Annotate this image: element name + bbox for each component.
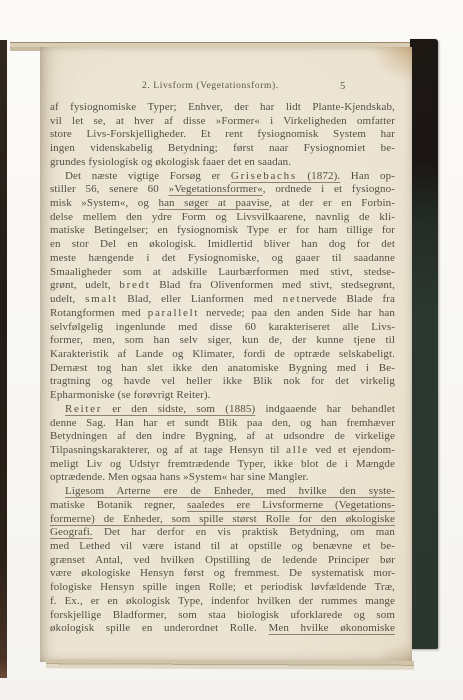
text-line: forskjellige Bladformer, som staa biolog… xyxy=(50,609,395,623)
text-line: Smaaligheder som at adskille Laurbærform… xyxy=(50,266,395,280)
body-text: grønt, udelt, xyxy=(50,279,119,291)
body-text: udelt, xyxy=(50,293,85,305)
text-line: matiske Botanik regner, saaledes ere Liv… xyxy=(50,499,395,513)
page-bottom-edge xyxy=(46,659,414,670)
body-text: bredt xyxy=(119,279,150,291)
text-line: Ligesom Arterne ere de Enheder, med hvil… xyxy=(50,485,395,499)
body-text: delse mellem den ydre Form og Livsvilkaa… xyxy=(50,211,395,223)
body-text: Karakteristik af Lande og Klimater, ford… xyxy=(50,348,395,360)
body-text: Det næste vigtige Forsøg er xyxy=(65,170,231,182)
text-line: Betydningen af den indre Bygning, af at … xyxy=(50,430,395,444)
text-line: stiller 56, senere 60 »Vegetationsformer… xyxy=(50,183,395,197)
body-text: stiller 56, senere 60 xyxy=(50,183,169,195)
body-text: Han op- xyxy=(340,170,395,182)
section-title: 2. Livsform (Vegetationsform). xyxy=(142,81,279,91)
text-line: af fysiognomiske Typer; Enhver, der har … xyxy=(50,101,395,115)
text-line: være økologiske Hensyn først og fremmest… xyxy=(50,567,395,581)
text-line: grundes fysiologisk og økologisk faaer d… xyxy=(50,156,395,170)
body-text: former, men, som han selv siger, kun de,… xyxy=(50,334,395,346)
body-text: meste hængende i det Fysiognomiske, og g… xyxy=(50,252,395,264)
body-text: ved et ejendom- xyxy=(309,444,395,456)
body-text: Blad, eller Lianformen med xyxy=(117,293,282,305)
body-text: ingen videnskabelig Betydning; først naa… xyxy=(50,142,395,154)
body-text: Betydningen af den indre Bygning, af at … xyxy=(50,430,395,442)
page-fore-edges xyxy=(6,45,42,667)
body-text: Dernæst tog han slet ikke den anatomiske… xyxy=(50,362,395,374)
photo-backdrop: 2. Livsform (Vegetationsform). 5 af fysi… xyxy=(0,0,463,700)
running-head: 2. Livsform (Vegetationsform). 5 xyxy=(40,81,412,95)
body-text: misk »System«, og xyxy=(50,197,158,209)
body-text: nervede Blade fra xyxy=(301,293,395,305)
body-text: parallelt xyxy=(148,307,199,319)
text-line: matiske Betingelser; en fysiognomisk Typ… xyxy=(50,224,395,238)
body-text: smalt xyxy=(85,293,117,305)
body-text: Smaaligheder som at adskille Laurbærform… xyxy=(50,266,395,278)
text-line: grønt, udelt, bredt Blad fra Olivenforme… xyxy=(50,279,395,293)
text-line: meligt Liv og Udstyr fremtrædende Typer,… xyxy=(50,458,395,472)
body-text: optrædende. Men ogsaa hans »System« har … xyxy=(50,471,309,483)
body-text: nervede; paa den anden Side har han xyxy=(199,307,395,319)
text-line: Dernæst tog han slet ikke den anatomiske… xyxy=(50,362,395,376)
body-text: grundes fysiologisk og økologisk faaer d… xyxy=(50,156,291,168)
text-line: fologiske Hensyn spille ingen Rolle; et … xyxy=(50,581,395,595)
pencil-underlined-text: Reiter xyxy=(65,403,102,415)
pencil-underlined-text: Ligesom Arterne ere de Enheder, med hvil… xyxy=(65,485,395,497)
body-text: alle xyxy=(286,444,309,456)
body-text: Blad fra Olivenformen med stivt, stedseg… xyxy=(150,279,395,291)
text-line: udelt, smalt Blad, eller Lianformen med … xyxy=(50,293,395,307)
body-text: store Livs-Forskjelligheder. Et rent fys… xyxy=(50,128,395,140)
pencil-underlined-text: Geografi. xyxy=(50,526,93,538)
text-line: Geografi. Det har derfor en vis praktisk… xyxy=(50,526,395,540)
body-text: med Lethed vil være istand til at opstil… xyxy=(50,540,395,552)
body-text: selvfølgelig ingenlunde med disse 60 kar… xyxy=(50,321,395,333)
text-line: Det næste vigtige Forsøg er Grisebachs (… xyxy=(50,170,395,184)
text-line: optrædende. Men ogsaa hans »System« har … xyxy=(50,471,395,485)
text-line: former, men, som han selv siger, kun de,… xyxy=(50,334,395,348)
body-text: Epharmoniske (se forøvrigt Reiter). xyxy=(50,389,211,401)
text-line: meste hængende i det Fysiognomiske, og g… xyxy=(50,252,395,266)
pencil-underlined-text: (1872). xyxy=(297,170,340,182)
body-text: net xyxy=(283,293,302,305)
pencil-underlined-text: »Vegetationsformer« xyxy=(169,183,263,195)
body-text: matiske Botanik regner, xyxy=(50,499,187,511)
body-text: grænset Antal, ved hvilken Opstilling de… xyxy=(50,554,395,566)
text-line: misk »System«, og han søger at paavise, … xyxy=(50,197,395,211)
book-cover-board xyxy=(410,39,438,649)
text-line: formerne) de Enheder, som spille størst … xyxy=(50,513,395,527)
body-text: forskjellige Bladformer, som staa biolog… xyxy=(50,609,395,621)
text-line: ingen videnskabelig Betydning; først naa… xyxy=(50,142,395,156)
text-line: Rotangformen med parallelt nervede; paa … xyxy=(50,307,395,321)
pencil-underlined-text: saaledes ere Livsformerne (Vegetations- xyxy=(187,499,395,511)
text-line: denne Sag. Han har et sundt Blik paa den… xyxy=(50,417,395,431)
text-line: tragtning og havde vel heller ikke Blik … xyxy=(50,375,395,389)
body-text: meligt Liv og Udstyr fremtrædende Typer,… xyxy=(50,458,395,470)
foxing-stain xyxy=(352,632,412,662)
body-text: økologisk spille en underordnet Rolle. xyxy=(50,622,269,634)
page-text: af fysiognomiske Typer; Enhver, der har … xyxy=(50,101,395,636)
text-line: økologisk spille en underordnet Rolle. M… xyxy=(50,622,395,636)
pencil-underlined-text: er den sidste, som (1885) xyxy=(102,403,255,415)
body-text: , ordnede i et fysiogno- xyxy=(263,183,395,195)
body-text: af fysiognomiske Typer; Enhver, der har … xyxy=(50,101,395,113)
text-line: f. Ex., er en økologisk Type, indenfor h… xyxy=(50,595,395,609)
body-text: , at der er en Forbin- xyxy=(269,197,395,209)
pencil-underlined-text: han søger at paavise xyxy=(158,197,269,209)
page-number: 5 xyxy=(340,81,346,92)
pencil-underlined-text: formerne) de Enheder, som spille størst … xyxy=(50,513,395,525)
text-line: Epharmoniske (se forøvrigt Reiter). xyxy=(50,389,395,403)
text-line: delse mellem den ydre Form og Livsvilkaa… xyxy=(50,211,395,225)
pencil-underlined-text: Grisebachs xyxy=(231,170,297,182)
body-text: være økologiske Hensyn først og fremmest… xyxy=(50,567,395,579)
body-text: f. Ex., er en økologisk Type, indenfor h… xyxy=(50,595,395,607)
body-text: indgaaende har behandlet xyxy=(255,403,395,415)
body-text: Tilpasningskarakterer, og af at tage Hen… xyxy=(50,444,286,456)
text-line: vil let se, at hver af disse »Former« i … xyxy=(50,115,395,129)
body-text: Det har derfor en vis praktisk Betydning… xyxy=(93,526,395,538)
pencil-underlined-text: Men hvilke økonomiske xyxy=(269,622,395,634)
text-line: med Lethed vil være istand til at opstil… xyxy=(50,540,395,554)
book-page: 2. Livsform (Vegetationsform). 5 af fysi… xyxy=(40,47,412,662)
text-line: grænset Antal, ved hvilken Opstilling de… xyxy=(50,554,395,568)
body-text: fologiske Hensyn spille ingen Rolle; et … xyxy=(50,581,395,593)
text-line: selvfølgelig ingenlunde med disse 60 kar… xyxy=(50,321,395,335)
text-line: Reiter er den sidste, som (1885) indgaae… xyxy=(50,403,395,417)
text-line: Karakteristik af Lande og Klimater, ford… xyxy=(50,348,395,362)
body-text: denne Sag. Han har et sundt Blik paa den… xyxy=(50,417,395,429)
body-text: matiske Betingelser; en fysiognomisk Typ… xyxy=(50,224,395,236)
body-text: Rotangformen med xyxy=(50,307,148,319)
body-text: en stor Del en økologisk. Imidlertid bli… xyxy=(50,238,395,250)
text-line: store Livs-Forskjelligheder. Et rent fys… xyxy=(50,128,395,142)
body-text: vil let se, at hver af disse »Former« i … xyxy=(50,115,395,127)
text-line: Tilpasningskarakterer, og af at tage Hen… xyxy=(50,444,395,458)
body-text: tragtning og havde vel heller ikke Blik … xyxy=(50,375,395,387)
text-line: en stor Del en økologisk. Imidlertid bli… xyxy=(50,238,395,252)
